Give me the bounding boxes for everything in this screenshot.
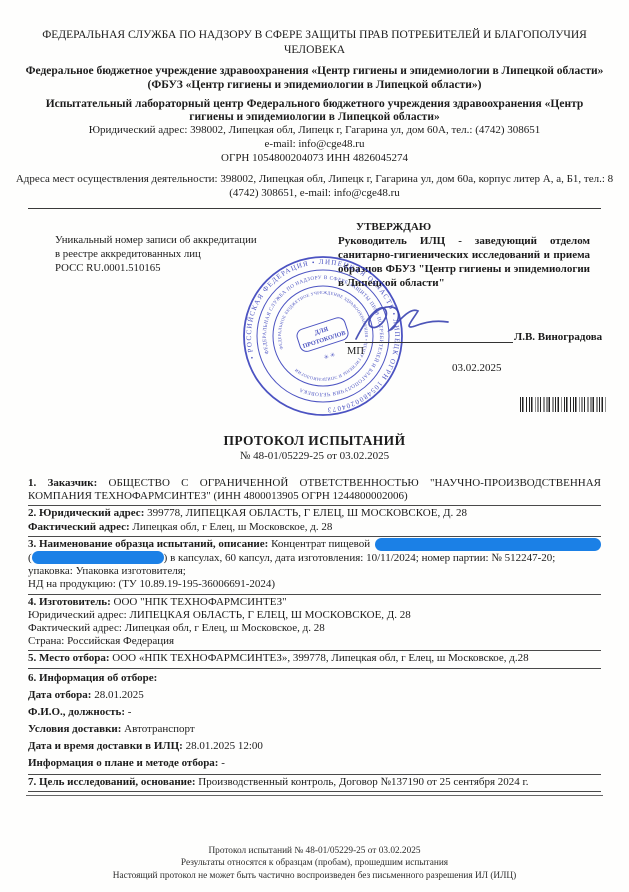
organization-name: Федеральное бюджетное учреждение здравоо…: [12, 64, 618, 92]
footer-line: Настоящий протокол не может быть частичн…: [0, 870, 629, 882]
doc-line: 6. Информация об отборе:: [28, 670, 601, 687]
email-line: e-mail: info@cge48.ru: [15, 138, 615, 152]
section-3-sample-description: 3. Наименование образца испытаний, описа…: [28, 537, 601, 595]
text-segment: 6. Информация об отборе:: [28, 672, 157, 684]
doc-line: Фактический адрес: Липецкая обл, г Елец,…: [28, 521, 601, 534]
section-7-purpose: 7. Цель исследований, основание: Произво…: [28, 775, 601, 792]
text-segment: Юридический адрес: ЛИПЕЦКАЯ ОБЛАСТЬ, Г Е…: [28, 609, 411, 621]
text-segment: Дата отбора:: [28, 689, 94, 701]
text-segment: ) в капсулах, 60 капсул, дата изготовлен…: [164, 552, 556, 564]
accreditation-line: Уникальный номер записи об аккредитации: [55, 233, 270, 247]
text-segment: НД на продукцию: (ТУ 10.89.19-195-360066…: [28, 578, 275, 590]
ogrn-inn-line: ОГРН 1054800204073 ИНН 4826045274: [15, 152, 615, 166]
doc-line: упаковка: Упаковка изготовителя;: [28, 565, 601, 578]
text-segment: ОБЩЕСТВО С ОГРАНИЧЕННОЙ ОТВЕТСТВЕННОСТЬЮ…: [28, 477, 601, 502]
redaction-bar: [32, 551, 164, 564]
text-segment: Дата и время доставки в ИЛЦ:: [28, 740, 186, 752]
stamp-place-label: МП: [347, 346, 364, 357]
text-segment: 4. Изготовитель:: [28, 596, 114, 608]
text-segment: -: [221, 757, 225, 769]
text-segment: Страна: Российская Федерация: [28, 635, 174, 647]
document-number: № 48-01/05229-25 от 03.02.2025: [0, 449, 629, 464]
text-segment: Липецкая обл, г Елец, ш Московское, д. 2…: [132, 521, 332, 533]
approval-date: 03.02.2025: [452, 362, 502, 374]
doc-line: Дата отбора: 28.01.2025: [28, 687, 601, 704]
protocol-document-page: ФЕДЕРАЛЬНАЯ СЛУЖБА ПО НАДЗОРУ В СФЕРЕ ЗА…: [0, 0, 629, 892]
testing-lab-center-name: Испытательный лабораторный центр Федерал…: [25, 98, 605, 124]
text-segment: Концентрат пищевой: [268, 538, 370, 551]
page-footer: Протокол испытаний № 48-01/05229-25 от 0…: [0, 845, 629, 882]
text-segment: Фактический адрес: Липецкая обл, г Елец,…: [28, 622, 325, 634]
doc-line: 5. Место отбора: ООО «НПК ТЕХНОФАРМСИНТЕ…: [28, 652, 601, 665]
text-segment: Информация о плане и методе отбора:: [28, 757, 221, 769]
section-5-sampling-place: 5. Место отбора: ООО «НПК ТЕХНОФАРМСИНТЕ…: [28, 651, 601, 668]
text-segment: 5. Место отбора:: [28, 652, 112, 664]
doc-line: 2. Юридический адрес: 399778, ЛИПЕЦКАЯ О…: [28, 507, 601, 520]
footer-line: Протокол испытаний № 48-01/05229-25 от 0…: [0, 845, 629, 857]
signature-scribble: [352, 297, 452, 347]
doc-line: 4. Изготовитель: ООО "НПК ТЕХНОФАРМСИНТЕ…: [28, 596, 601, 609]
text-segment: ООО «НПК ТЕХНОФАРМСИНТЕЗ», 399778, Липец…: [112, 652, 528, 664]
doc-line: 7. Цель исследований, основание: Произво…: [28, 776, 601, 789]
text-segment: Ф.И.О., должность:: [28, 706, 128, 718]
text-segment: Производственный контроль, Договор №1371…: [198, 776, 528, 788]
text-segment: упаковка: Упаковка изготовителя;: [28, 565, 186, 577]
letterhead: ФЕДЕРАЛЬНАЯ СЛУЖБА ПО НАДЗОРУ В СФЕРЕ ЗА…: [0, 0, 629, 201]
text-segment: Фактический адрес:: [28, 521, 132, 533]
text-segment: -: [128, 706, 132, 718]
doc-line: () в капсулах, 60 капсул, дата изготовле…: [28, 551, 601, 565]
doc-line: Условия доставки: Автотранспорт: [28, 721, 601, 738]
signature-line: [345, 342, 513, 343]
agency-name: ФЕДЕРАЛЬНАЯ СЛУЖБА ПО НАДЗОРУ В СФЕРЕ ЗА…: [22, 0, 607, 58]
text-segment: 28.01.2025: [94, 689, 144, 701]
text-segment: 2. Юридический адрес:: [28, 507, 147, 519]
doc-line: НД на продукцию: (ТУ 10.89.19-195-360066…: [28, 578, 601, 591]
section-6-sampling-info: 6. Информация об отборе:Дата отбора: 28.…: [28, 669, 601, 775]
section-4-manufacturer: 4. Изготовитель: ООО "НПК ТЕХНОФАРМСИНТЕ…: [28, 595, 601, 652]
doc-line: 1. Заказчик: ОБЩЕСТВО С ОГРАНИЧЕННОЙ ОТВ…: [28, 477, 601, 503]
document-title: ПРОТОКОЛ ИСПЫТАНИЙ: [0, 432, 629, 449]
signer-name: Л.В. Виноградова: [514, 331, 602, 343]
approval-band: Уникальный номер записи об аккредитации …: [0, 209, 629, 432]
doc-line: 3. Наименование образца испытаний, описа…: [28, 538, 601, 551]
footer-line: Результаты относятся к образцам (пробам)…: [0, 857, 629, 869]
section-2-legal-address: 2. Юридический адрес: 399778, ЛИПЕЦКАЯ О…: [28, 506, 601, 536]
text-segment: 7. Цель исследований, основание:: [28, 776, 198, 788]
redaction-bar: [375, 538, 601, 551]
doc-line: Ф.И.О., должность: -: [28, 704, 601, 721]
text-segment: 399778, ЛИПЕЦКАЯ ОБЛАСТЬ, Г ЕЛЕЦ, Ш МОСК…: [147, 507, 467, 519]
doc-line: Информация о плане и методе отбора: -: [28, 755, 601, 772]
text-segment: 28.01.2025 12:00: [186, 740, 263, 752]
text-segment: 1. Заказчик:: [28, 477, 109, 489]
text-segment: 3. Наименование образца испытаний, описа…: [28, 538, 268, 551]
barcode: [520, 397, 608, 412]
legal-address: Юридический адрес: 398002, Липецкая обл,…: [15, 124, 615, 138]
stamp-stars: ✳ ✳: [323, 351, 336, 361]
doc-line: Страна: Российская Федерация: [28, 635, 601, 648]
text-segment: ООО "НПК ТЕХНОФАРМСИНТЕЗ": [114, 596, 287, 608]
doc-line: Фактический адрес: Липецкая обл, г Елец,…: [28, 622, 601, 635]
approval-title: УТВЕРЖДАЮ: [356, 220, 590, 234]
text-segment: Автотранспорт: [124, 723, 195, 735]
section-1-customer: 1. Заказчик: ОБЩЕСТВО С ОГРАНИЧЕННОЙ ОТВ…: [28, 476, 601, 506]
activity-addresses: Адреса мест осуществления деятельности: …: [15, 173, 615, 201]
protocol-sections: 1. Заказчик: ОБЩЕСТВО С ОГРАНИЧЕННОЙ ОТВ…: [28, 476, 601, 792]
doc-line: Дата и время доставки в ИЛЦ: 28.01.2025 …: [28, 738, 601, 755]
doc-line: Юридический адрес: ЛИПЕЦКАЯ ОБЛАСТЬ, Г Е…: [28, 609, 601, 622]
text-segment: Условия доставки:: [28, 723, 124, 735]
